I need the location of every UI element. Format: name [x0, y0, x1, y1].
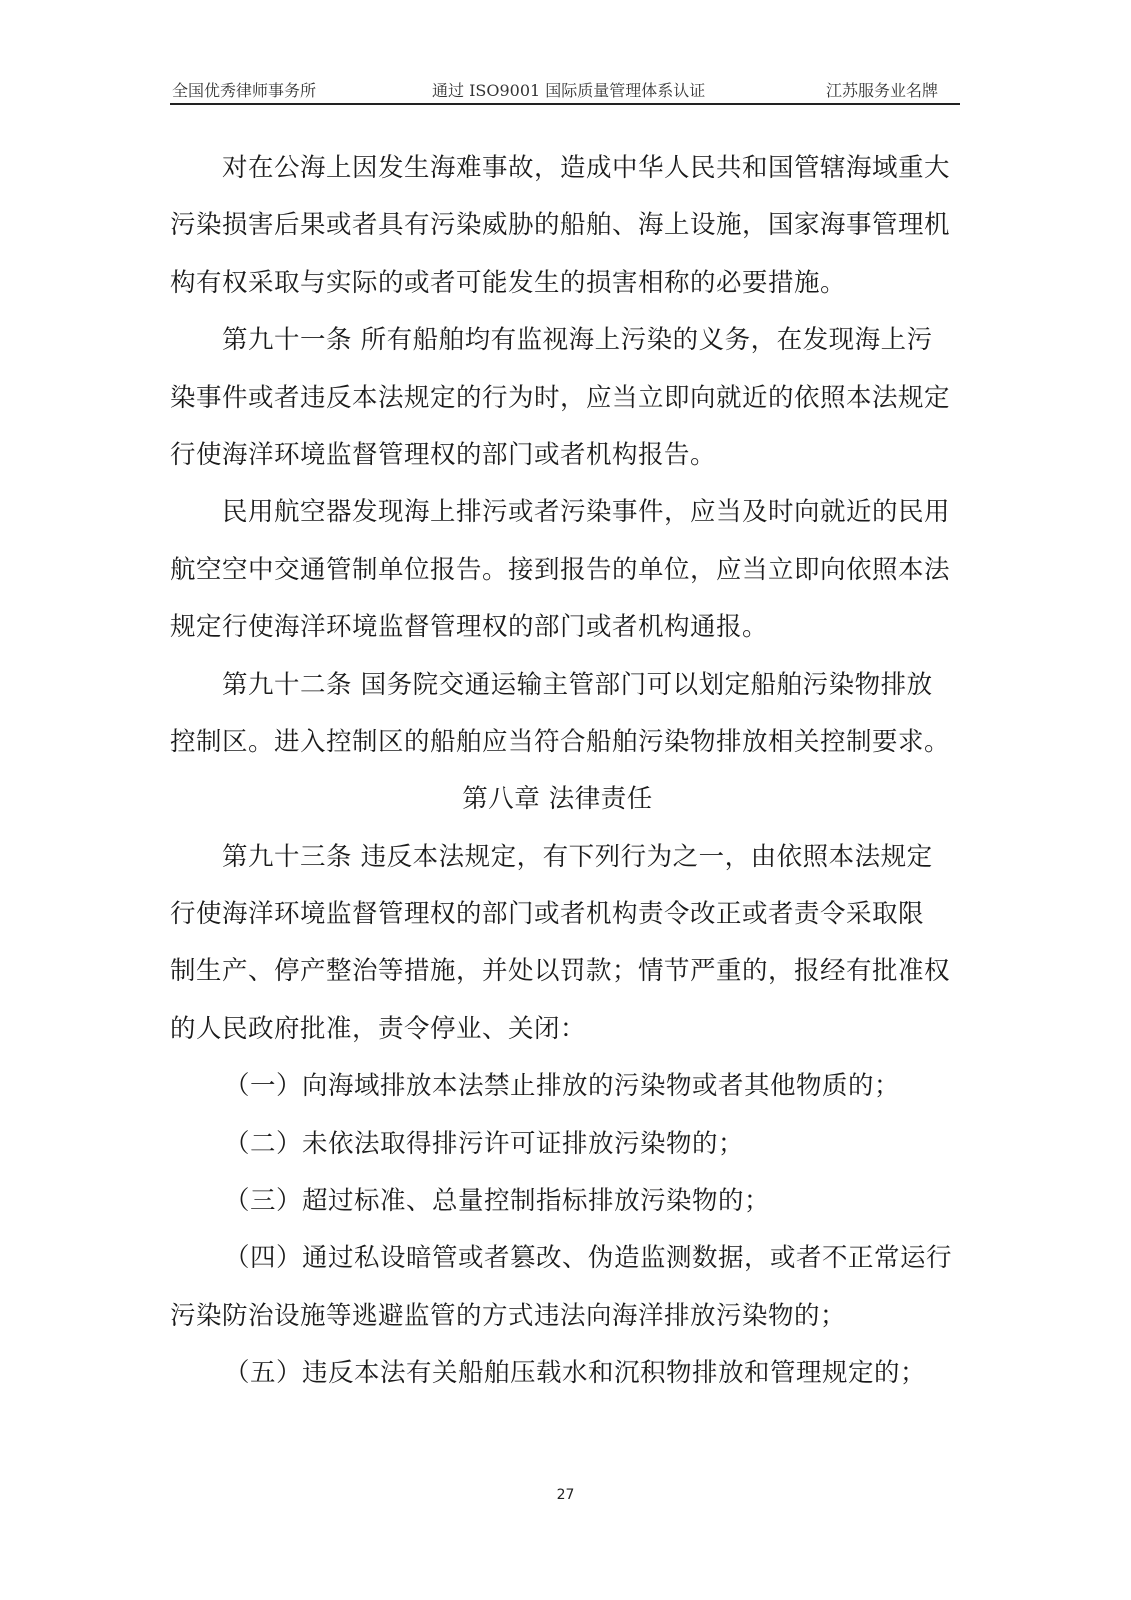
article-93-line: 第九十三条 违反本法规定，有下列行为之一，由依照本法规定: [170, 829, 945, 886]
page-number: 27: [0, 1487, 1131, 1503]
chapter-heading: 第八章 法律责任: [170, 771, 945, 828]
header-firm-name: 全国优秀律师事务所: [172, 78, 316, 101]
header-brand: 江苏服务业名牌: [826, 78, 938, 101]
paragraph-line: 行使海洋环境监督管理权的部门或者机构报告。: [170, 427, 945, 484]
header-certification: 通过 ISO9001 国际质量管理体系认证: [432, 78, 705, 101]
list-item: （二）未依法取得排污许可证排放污染物的；: [170, 1116, 945, 1173]
header-divider: [170, 103, 960, 105]
page-header: 全国优秀律师事务所 通过 ISO9001 国际质量管理体系认证 江苏服务业名牌: [170, 78, 960, 102]
paragraph-line: 对在公海上因发生海难事故，造成中华人民共和国管辖海域重大: [170, 140, 945, 197]
list-item: （三）超过标准、总量控制指标排放污染物的；: [170, 1173, 945, 1230]
paragraph-line: 的人民政府批准，责令停业、关闭：: [170, 1001, 945, 1058]
paragraph-line: 控制区。进入控制区的船舶应当符合船舶污染物排放相关控制要求。: [170, 714, 945, 771]
article-91-line: 第九十一条 所有船舶均有监视海上污染的义务，在发现海上污: [170, 312, 945, 369]
list-item: （四）通过私设暗管或者篡改、伪造监测数据，或者不正常运行: [170, 1230, 945, 1287]
paragraph-line: 构有权采取与实际的或者可能发生的损害相称的必要措施。: [170, 255, 945, 312]
paragraph-line: 行使海洋环境监督管理权的部门或者机构责令改正或者责令采取限: [170, 886, 945, 943]
paragraph-line: 染事件或者违反本法规定的行为时，应当立即向就近的依照本法规定: [170, 370, 945, 427]
article-92-line: 第九十二条 国务院交通运输主管部门可以划定船舶污染物排放: [170, 657, 945, 714]
paragraph-line: 制生产、停产整治等措施，并处以罚款；情节严重的，报经有批准权: [170, 943, 945, 1000]
paragraph-line: 规定行使海洋环境监督管理权的部门或者机构通报。: [170, 599, 945, 656]
paragraph-line: 航空空中交通管制单位报告。接到报告的单位，应当立即向依照本法: [170, 542, 945, 599]
document-body: 对在公海上因发生海难事故，造成中华人民共和国管辖海域重大 污染损害后果或者具有污…: [170, 140, 945, 1403]
list-item-continuation: 污染防治设施等逃避监管的方式违法向海洋排放污染物的；: [170, 1288, 945, 1345]
list-item: （一）向海域排放本法禁止排放的污染物或者其他物质的；: [170, 1058, 945, 1115]
list-item: （五）违反本法有关船舶压载水和沉积物排放和管理规定的；: [170, 1345, 945, 1402]
paragraph-line: 民用航空器发现海上排污或者污染事件，应当及时向就近的民用: [170, 484, 945, 541]
paragraph-line: 污染损害后果或者具有污染威胁的船舶、海上设施，国家海事管理机: [170, 197, 945, 254]
